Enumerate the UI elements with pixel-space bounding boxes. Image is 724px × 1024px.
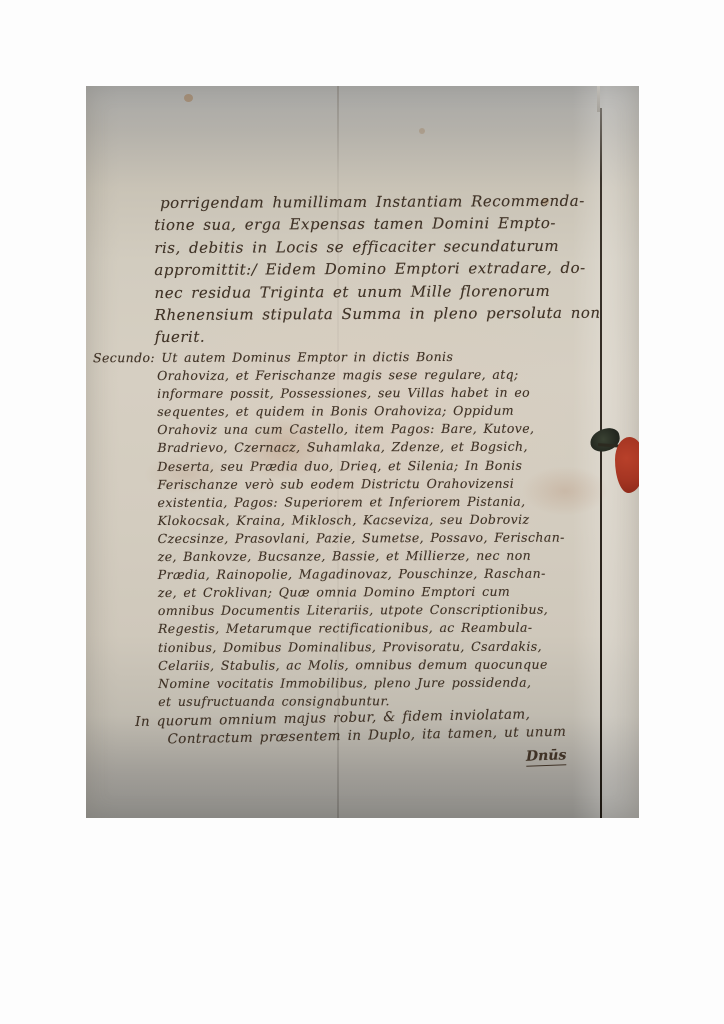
manuscript-line: Orahoviza, et Ferischanze magis sese reg… [157,365,617,385]
document-photo: porrigendam humillimam Instantiam Recomm… [86,86,639,818]
manuscript-line: Prædia, Rainopolie, Magadinovaz, Pouschi… [158,565,618,585]
manuscript-line: fuerit. [155,324,615,349]
manuscript-line: Czecsinze, Prasovlani, Pazie, Sumetse, P… [158,528,618,548]
paragraph-1: porrigendam humillimam Instantiam Recomm… [154,190,615,349]
manuscript-line: nec residua Triginta et unum Mille flore… [154,279,614,304]
red-wax-seal [615,437,639,493]
manuscript-line: tione sua, erga Expensas tamen Domini Em… [154,212,614,237]
manuscript-line: Bradrievo, Czernacz, Suhamlaka, Zdenze, … [157,438,617,458]
paragraph-2-secundo: Secundo: Ut autem Dominus Emptor in dict… [157,347,618,710]
manuscript-line: Rhenensium stipulata Summa in pleno pers… [155,302,615,327]
foxing-spot [419,128,425,134]
foxing-spot [184,94,193,102]
manuscript-line: sequentes, et quidem in Bonis Orahoviza;… [157,402,617,422]
scan-page: { "manuscript": { "para1": { "lines": [ … [0,0,724,1024]
manuscript-line: informare possit, Possessiones, seu Vill… [157,384,617,404]
manuscript-line: Nomine vocitatis Immobilibus, pleno Jure… [158,673,618,693]
manuscript-line: appromittit:/ Eidem Domino Emptori extra… [154,257,614,282]
manuscript-line: ze, Bankovze, Bucsanze, Bassie, et Milli… [158,546,618,566]
manuscript-line: porrigendam humillimam Instantiam Recomm… [154,190,614,215]
manuscript-line: Secundo: Ut autem Dominus Emptor in dict… [93,347,617,367]
paragraph-3-closing: In quorum omnium majus robur, & fidem in… [135,705,606,749]
manuscript-line: ze, et Croklivan; Quæ omnia Domino Empto… [158,583,618,603]
manuscript-line: existentia, Pagos: Superiorem et Inferio… [158,492,618,512]
catchword-dnus: Dnūs [526,747,567,766]
manuscript-line: tionibus, Domibus Dominalibus, Provisora… [158,637,618,657]
manuscript-line: Deserta, seu Prædia duo, Drieq, et Silen… [157,456,617,476]
manuscript-line: ris, debitis in Locis se efficaciter sec… [154,234,614,259]
manuscript-line: Celariis, Stabulis, ac Molis, omnibus de… [158,655,618,675]
manuscript-line: Ferischanze verò sub eodem Districtu Ora… [157,474,617,494]
manuscript-line: omnibus Documentis Literariis, utpote Co… [158,601,618,621]
manuscript-line: Regestis, Metarumque rectificationibus, … [158,619,618,639]
manuscript-line: Klokocsak, Kraina, Miklosch, Kacseviza, … [158,510,618,530]
manuscript-line: Orahoviz una cum Castello, item Pagos: B… [157,420,617,440]
